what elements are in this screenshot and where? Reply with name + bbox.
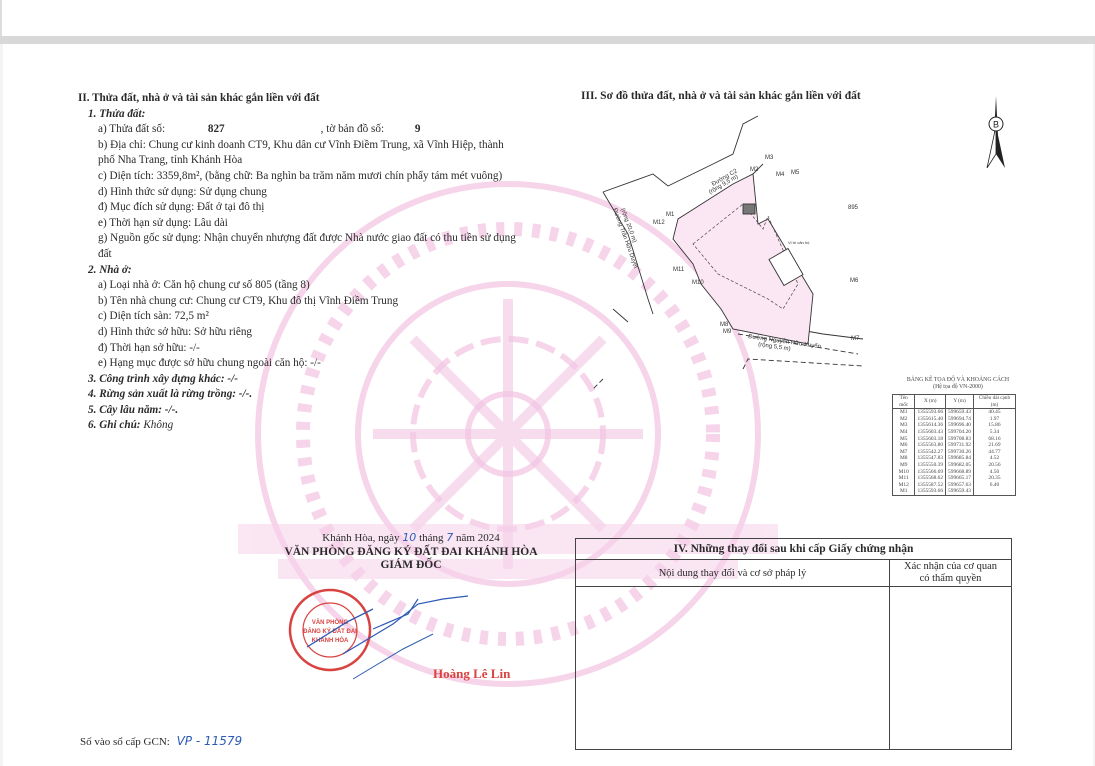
svg-text:M3: M3 — [765, 155, 774, 161]
svg-text:M5: M5 — [791, 170, 800, 176]
coord-table-row: M101355566.69599668.894.50 — [893, 469, 1016, 476]
parcel-number: 827 — [168, 122, 318, 138]
coord-table-row: M61355563.80599731.9221.69 — [893, 442, 1016, 449]
coord-table-row: M71355542.27599730.2644.77 — [893, 449, 1016, 456]
svg-text:M1: M1 — [666, 212, 675, 218]
svg-text:M2: M2 — [750, 167, 759, 173]
gcn-number: VP - 11579 — [177, 734, 243, 748]
coord-table: Tên mốcX (m)Y (m)Chiều dài cạnh (m) M113… — [892, 394, 1016, 496]
house-floor-area: c) Diện tích sàn: 72,5 m² — [78, 309, 516, 325]
other-construction: 3. Công trình xây dựng khác: -/- — [78, 372, 516, 388]
svg-text:M7: M7 — [851, 336, 860, 342]
gcn-registry: Số vào sổ cấp GCN: VP - 11579 — [80, 734, 242, 748]
planted-forest: 4. Rừng sản xuất là rừng trồng: -/-. — [78, 387, 516, 403]
svg-text:M10: M10 — [692, 280, 704, 286]
svg-text:M4: M4 — [776, 172, 785, 178]
perennial-trees: 5. Cây lâu năm: -/-. — [78, 403, 516, 419]
changes-col-content: Nội dung thay đổi và cơ sở pháp lý — [576, 560, 890, 586]
section-iii-title: III. Sơ đồ thửa đất, nhà ở và tài sản kh… — [581, 89, 861, 105]
coord-table-title: BẢNG KÊ TỌA ĐỘ VÀ KHOẢNG CÁCH (Hệ tọa độ… — [893, 377, 1023, 391]
land-parcel-row: a) Thửa đất số: 827 , tờ bản đồ số: 9 — [78, 122, 516, 138]
notes-label: 6. Ghi chú: — [88, 419, 141, 431]
svg-text:M11: M11 — [673, 267, 685, 273]
house-building-name: b) Tên nhà chung cư: Chung cư CT9, Khu đ… — [78, 294, 516, 310]
coord-table-header: Y (m) — [946, 395, 974, 409]
svg-text:M12: M12 — [653, 220, 665, 226]
coord-table-header: X (m) — [915, 395, 946, 409]
svg-text:M9: M9 — [723, 329, 732, 335]
changes-content-cell — [576, 587, 890, 749]
issue-date: Khánh Hòa, ngày 10 tháng 7 năm 2024 — [256, 531, 566, 546]
svg-text:M8: M8 — [720, 322, 729, 328]
coord-table-row: M31355614.36599696.4015.86 — [893, 422, 1016, 429]
page-separator — [0, 36, 1095, 44]
coord-table-header: Tên mốc — [893, 395, 915, 409]
land-heading: 1. Thửa đất: — [78, 107, 516, 123]
land-origin: g) Nguồn gốc sử dụng: Nhận chuyển nhượng… — [78, 231, 516, 247]
certificate-page: II. Thửa đất, nhà ở và tài sản khác gắn … — [3, 44, 1093, 766]
svg-text:M6: M6 — [850, 278, 859, 284]
land-use-form: d) Hình thức sử dụng: Sử dụng chung — [78, 185, 516, 201]
land-use-term: e) Thời hạn sử dụng: Lâu dài — [78, 216, 516, 232]
house-ownership-form: d) Hình thức sở hữu: Sở hữu riêng — [78, 325, 516, 341]
issue-month: 7 — [446, 531, 453, 544]
section-iv-title: IV. Những thay đổi sau khi cấp Giấy chứn… — [576, 539, 1011, 560]
previous-page-strip — [0, 0, 1095, 36]
notes-value: Không — [143, 419, 173, 431]
house-ownership-term: đ) Thời hạn sở hữu: -/- — [78, 341, 516, 357]
house-shared-items: e) Hạng mục được sở hữu chung ngoài căn … — [78, 356, 516, 372]
land-area: c) Diện tích: 3359,8m², (bằng chữ: Ba ng… — [78, 169, 516, 185]
land-info-section: II. Thửa đất, nhà ở và tài sản khác gắn … — [78, 91, 516, 434]
signature-block: Khánh Hòa, ngày 10 tháng 7 năm 2024 VĂN … — [256, 531, 566, 573]
coord-table-row: M91355550.39599682.0520.56 — [893, 462, 1016, 469]
land-address-cont: phố Nha Trang, tỉnh Khánh Hòa — [78, 153, 516, 169]
coord-table-row: M81355547.83599685.844.52 — [893, 455, 1016, 462]
coord-table-row: M11355593.66599659.4340.45 — [893, 409, 1016, 416]
svg-text:895: 895 — [848, 205, 859, 211]
house-heading: 2. Nhà ở: — [78, 263, 516, 279]
coord-table-header: Chiều dài cạnh (m) — [973, 395, 1015, 409]
changes-col-confirmation: Xác nhận của cơ quancó thẩm quyền — [890, 560, 1011, 586]
gcn-label: Số vào sổ cấp GCN: — [80, 736, 170, 748]
coord-table-row: M111355568.62599665.1720.35 — [893, 475, 1016, 482]
notes-row: 6. Ghi chú: Không — [78, 418, 516, 434]
svg-text:Vị trí căn hộ: Vị trí căn hộ — [788, 240, 810, 245]
coord-table-row: M11355593.66599659.43 — [893, 488, 1016, 495]
coord-table-row: M51355603.18599708.8368.16 — [893, 436, 1016, 443]
parcel-map: Đường C2 (rộng 9,5 m) Đường Trần Hữu Duy… — [593, 104, 893, 399]
north-arrow-icon: B — [981, 96, 1011, 168]
issuing-office: VĂN PHÒNG ĐĂNG KÝ ĐẤT ĐAI KHÁNH HÒA — [256, 546, 566, 560]
parcel-label: a) Thửa đất số: — [98, 123, 165, 135]
changes-table: IV. Những thay đổi sau khi cấp Giấy chứn… — [575, 538, 1012, 750]
land-address: b) Địa chỉ: Chung cư kinh doanh CT9, Khu… — [78, 138, 516, 154]
signer-name: Hoàng Lê Lin — [433, 666, 510, 682]
signer-position: GIÁM ĐỐC — [256, 559, 566, 573]
land-use-purpose: đ) Mục đích sử dụng: Đất ở tại đô thị — [78, 200, 516, 216]
coord-table-row: M41355603.43599704.205.34 — [893, 429, 1016, 436]
map-sheet-label: , tờ bản đồ số: — [321, 123, 384, 135]
map-sheet-number: 9 — [387, 123, 421, 135]
svg-text:B: B — [993, 120, 999, 130]
coord-table-row: M121355587.52599657.636.40 — [893, 482, 1016, 489]
issue-day: 10 — [402, 531, 416, 544]
house-type: a) Loại nhà ở: Căn hộ chung cư số 805 (t… — [78, 278, 516, 294]
coord-table-row: M21355615.40599694.741.97 — [893, 416, 1016, 423]
land-origin-cont: đất — [78, 247, 516, 263]
section-ii-title: II. Thửa đất, nhà ở và tài sản khác gắn … — [78, 91, 516, 107]
